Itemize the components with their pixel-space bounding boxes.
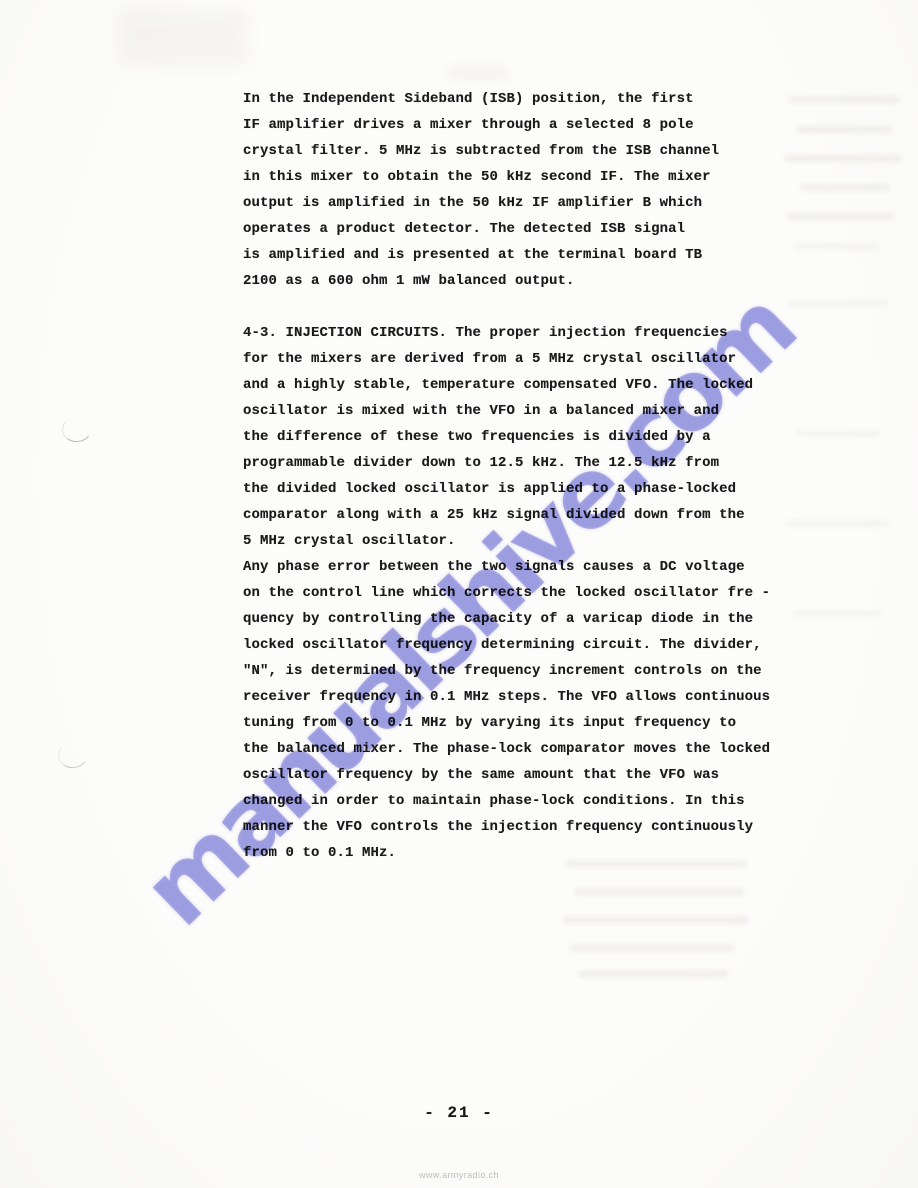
page-number: - 21 -: [0, 1104, 918, 1122]
text-line: is amplified and is presented at the ter…: [243, 242, 803, 268]
bleed-through-smudge: [448, 66, 508, 80]
text-line: changed in order to maintain phase-lock …: [243, 788, 803, 814]
text-line: oscillator is mixed with the VFO in a ba…: [243, 398, 803, 424]
bleed-through-smudge: [794, 610, 882, 617]
text-line: quency by controlling the capacity of a …: [243, 606, 803, 632]
text-line: oscillator frequency by the same amount …: [243, 762, 803, 788]
text-line: tuning from 0 to 0.1 MHz by varying its …: [243, 710, 803, 736]
paragraph: Any phase error between the two signals …: [243, 554, 803, 866]
text-line: Any phase error between the two signals …: [243, 554, 803, 580]
text-line: 2100 as a 600 ohm 1 mW balanced output.: [243, 268, 803, 294]
pencil-arc-mark: [56, 740, 89, 770]
bleed-through-smudge: [570, 944, 734, 952]
bleed-through-smudge: [574, 888, 744, 896]
bleed-through-smudge: [796, 430, 880, 437]
bleed-through-smudge: [800, 184, 890, 191]
text-line: manner the VFO controls the injection fr…: [243, 814, 803, 840]
text-line: the difference of these two frequencies …: [243, 424, 803, 450]
text-line: and a highly stable, temperature compens…: [243, 372, 803, 398]
text-line: for the mixers are derived from a 5 MHz …: [243, 346, 803, 372]
text-line: operates a product detector. The detecte…: [243, 216, 803, 242]
bleed-through-smudge: [788, 96, 900, 103]
bleed-through-smudge: [578, 970, 728, 978]
bleed-through-smudge: [796, 126, 892, 133]
body-text: In the Independent Sideband (ISB) positi…: [243, 86, 803, 866]
text-line: the divided locked oscillator is applied…: [243, 476, 803, 502]
bleed-through-smudge: [794, 243, 880, 250]
text-line: "N", is determined by the frequency incr…: [243, 658, 803, 684]
text-line: output is amplified in the 50 kHz IF amp…: [243, 190, 803, 216]
text-line: receiver frequency in 0.1 MHz steps. The…: [243, 684, 803, 710]
text-line: 5 MHz crystal oscillator.: [243, 528, 803, 554]
text-line: IF amplifier drives a mixer through a se…: [243, 112, 803, 138]
text-line: crystal filter. 5 MHz is subtracted from…: [243, 138, 803, 164]
text-line: in this mixer to obtain the 50 kHz secon…: [243, 164, 803, 190]
text-line: programmable divider down to 12.5 kHz. T…: [243, 450, 803, 476]
scanned-manual-page: In the Independent Sideband (ISB) positi…: [0, 0, 918, 1188]
text-line: locked oscillator frequency determining …: [243, 632, 803, 658]
text-line: In the Independent Sideband (ISB) positi…: [243, 86, 803, 112]
text-line: 4-3. INJECTION CIRCUITS. The proper inje…: [243, 320, 803, 346]
text-line: from 0 to 0.1 MHz.: [243, 840, 803, 866]
bleed-through-smudge: [118, 8, 248, 66]
footer-url: www.armyradio.ch: [0, 1170, 918, 1180]
paragraph: In the Independent Sideband (ISB) positi…: [243, 86, 803, 294]
text-line: on the control line which corrects the l…: [243, 580, 803, 606]
text-line: comparator along with a 25 kHz signal di…: [243, 502, 803, 528]
paragraph: 4-3. INJECTION CIRCUITS. The proper inje…: [243, 320, 803, 554]
pencil-arc-mark: [60, 414, 93, 444]
text-line: the balanced mixer. The phase-lock compa…: [243, 736, 803, 762]
bleed-through-smudge: [788, 300, 888, 307]
bleed-through-smudge: [562, 916, 748, 924]
